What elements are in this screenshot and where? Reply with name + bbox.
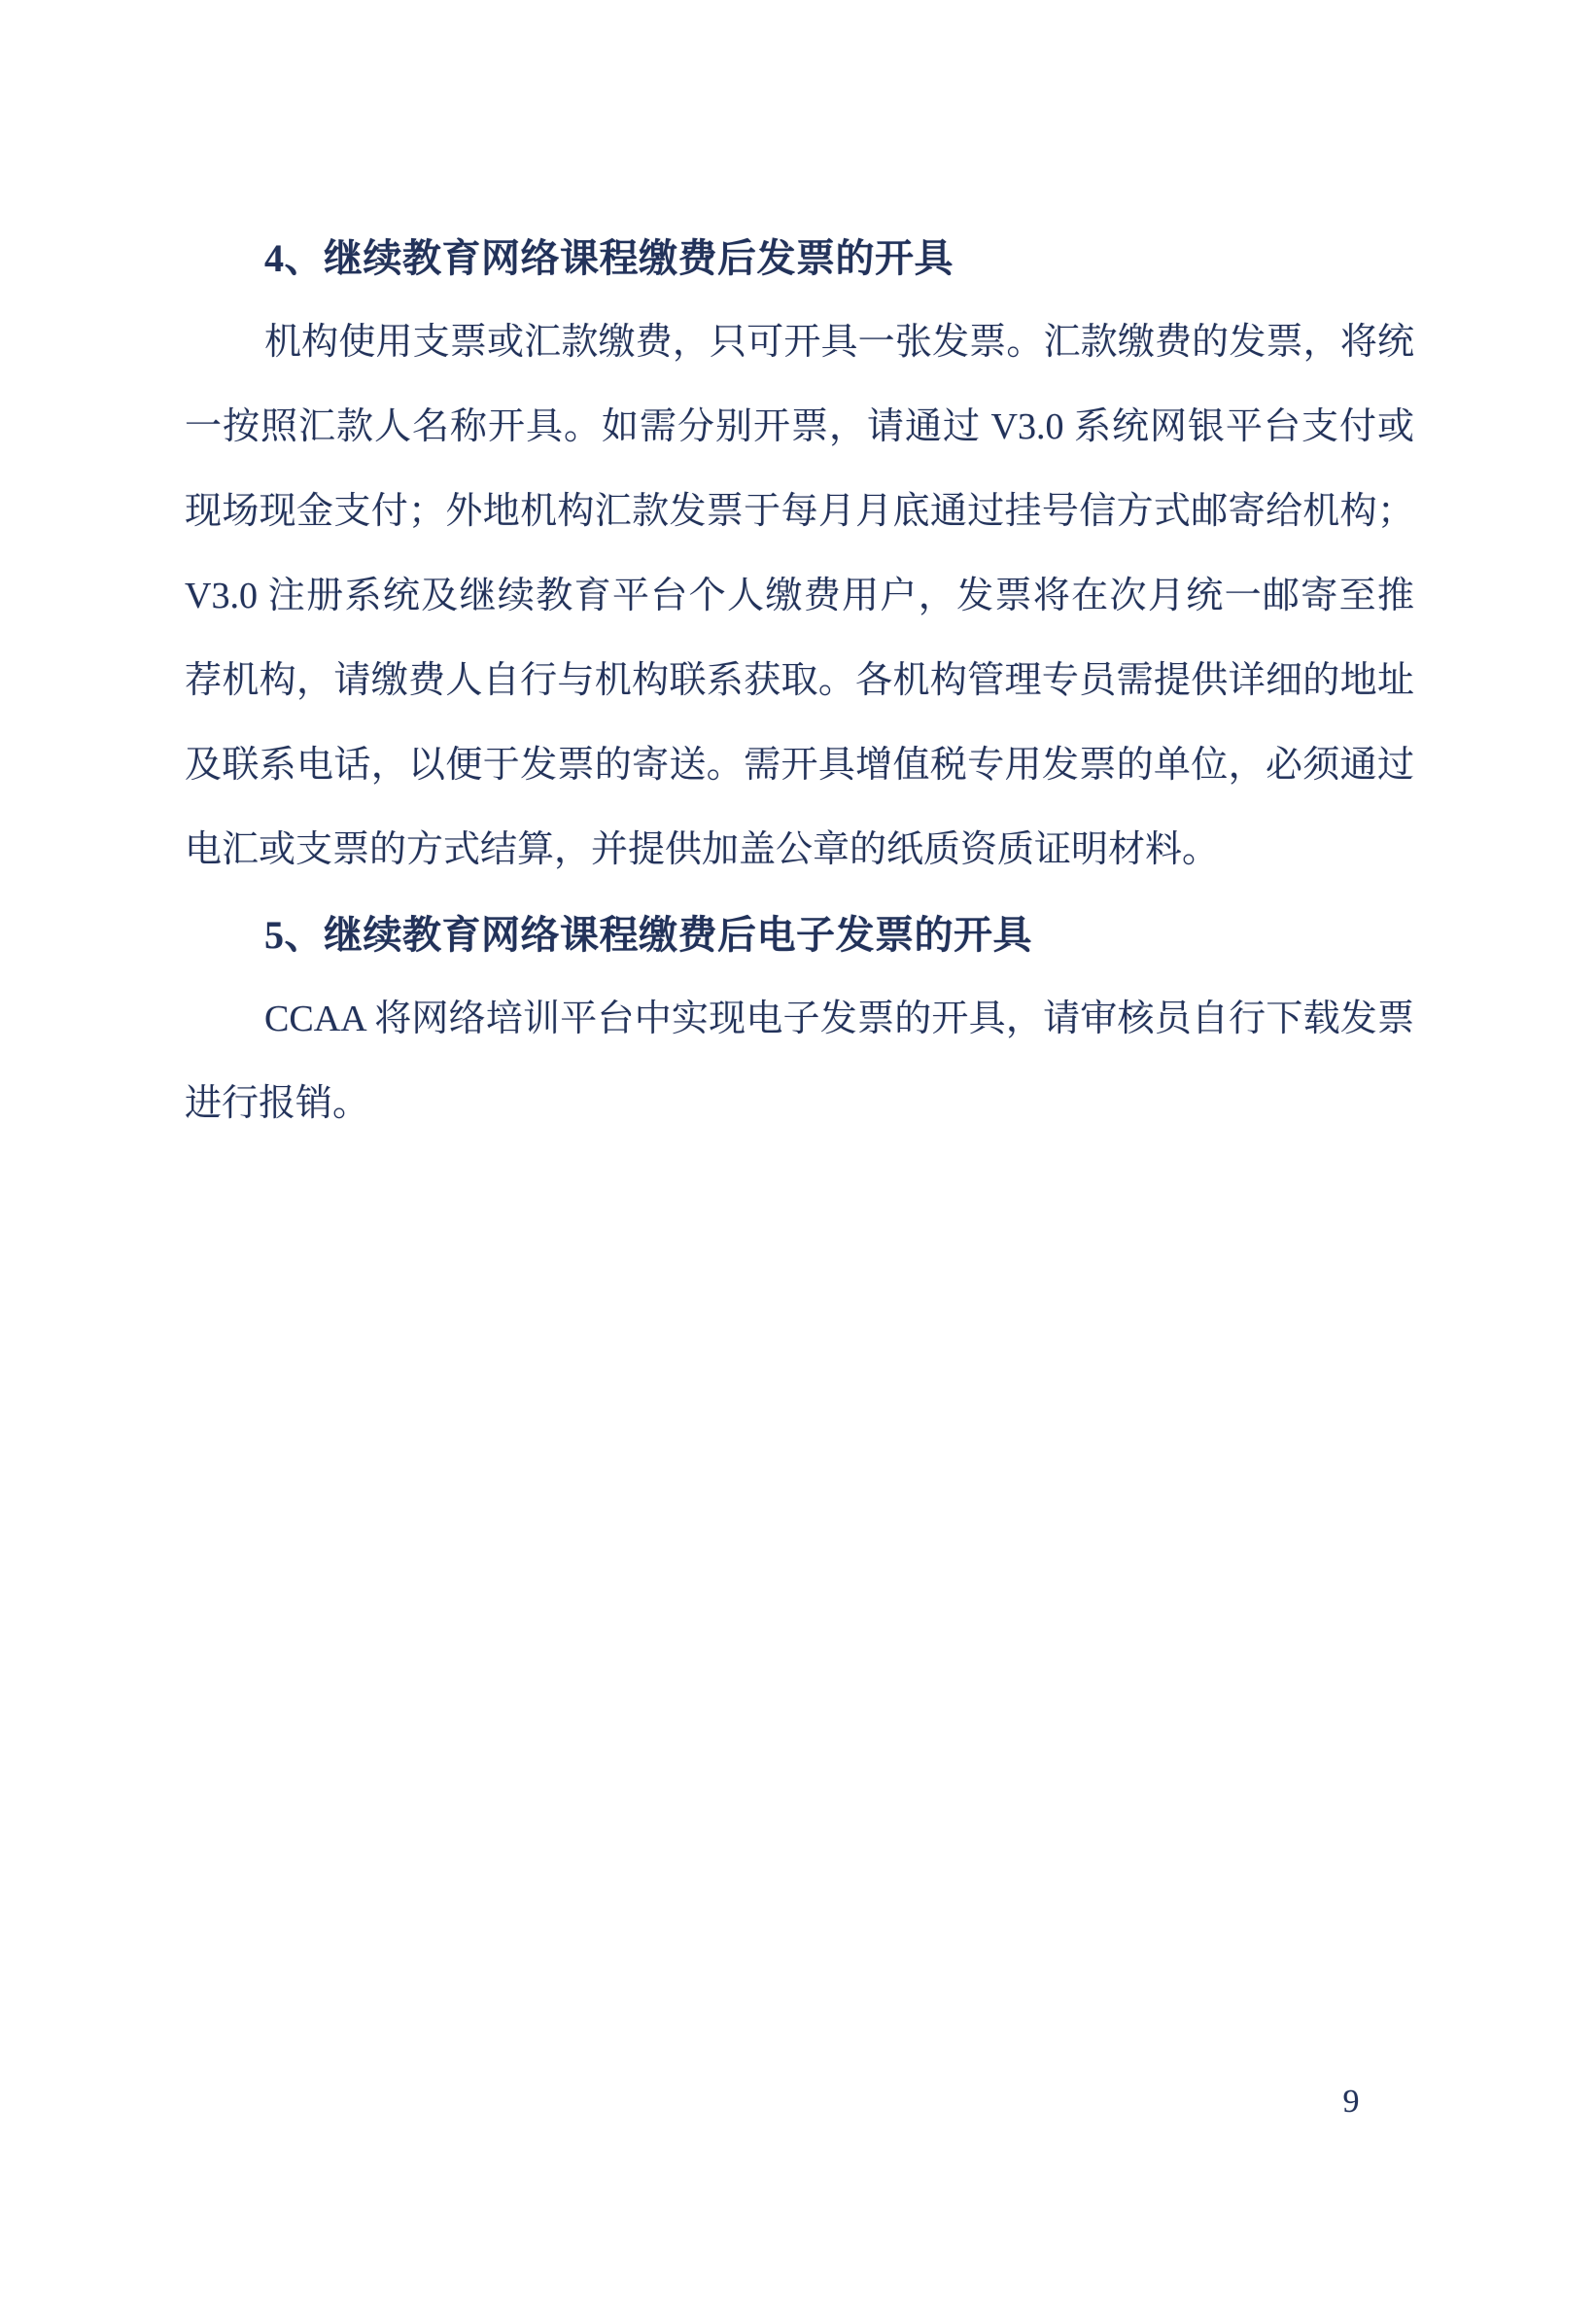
page-number: 9 xyxy=(1332,2081,1370,2123)
section-4-paragraph-line-6: 及联系电话，以便于发票的寄送。需开具增值税专用发票的单位，必须通过 xyxy=(185,723,1414,808)
section-5-paragraph-line-2: 进行报销。 xyxy=(185,1062,1414,1146)
section-4-paragraph-line-4: V3.0 注册系统及继续教育平台个人缴费用户，发票将在次月统一邮寄至推 xyxy=(185,554,1414,639)
section-4-heading: 4、继续教育网络课程缴费后发票的开具 xyxy=(185,216,1414,300)
section-5-paragraph-line-1: CCAA 将网络培训平台中实现电子发票的开具，请审核员自行下载发票 xyxy=(185,977,1414,1062)
section-4-paragraph-line-1: 机构使用支票或汇款缴费，只可开具一张发票。汇款缴费的发票，将统 xyxy=(185,300,1414,385)
section-4-paragraph-line-7: 电汇或支票的方式结算，并提供加盖公章的纸质资质证明材料。 xyxy=(185,808,1414,893)
section-4-paragraph-line-2: 一按照汇款人名称开具。如需分别开票，请通过 V3.0 系统网银平台支付或 xyxy=(185,385,1414,470)
section-4-paragraph-line-5: 荐机构，请缴费人自行与机构联系获取。各机构管理专员需提供详细的地址 xyxy=(185,639,1414,723)
section-5-heading: 5、继续教育网络课程缴费后电子发票的开具 xyxy=(185,893,1414,977)
document-content: 4、继续教育网络课程缴费后发票的开具 机构使用支票或汇款缴费，只可开具一张发票。… xyxy=(185,216,1414,1146)
section-4-paragraph-line-3: 现场现金支付；外地机构汇款发票于每月月底通过挂号信方式邮寄给机构； xyxy=(185,470,1414,554)
document-page: 4、继续教育网络课程缴费后发票的开具 机构使用支票或汇款缴费，只可开具一张发票。… xyxy=(0,0,1596,2315)
